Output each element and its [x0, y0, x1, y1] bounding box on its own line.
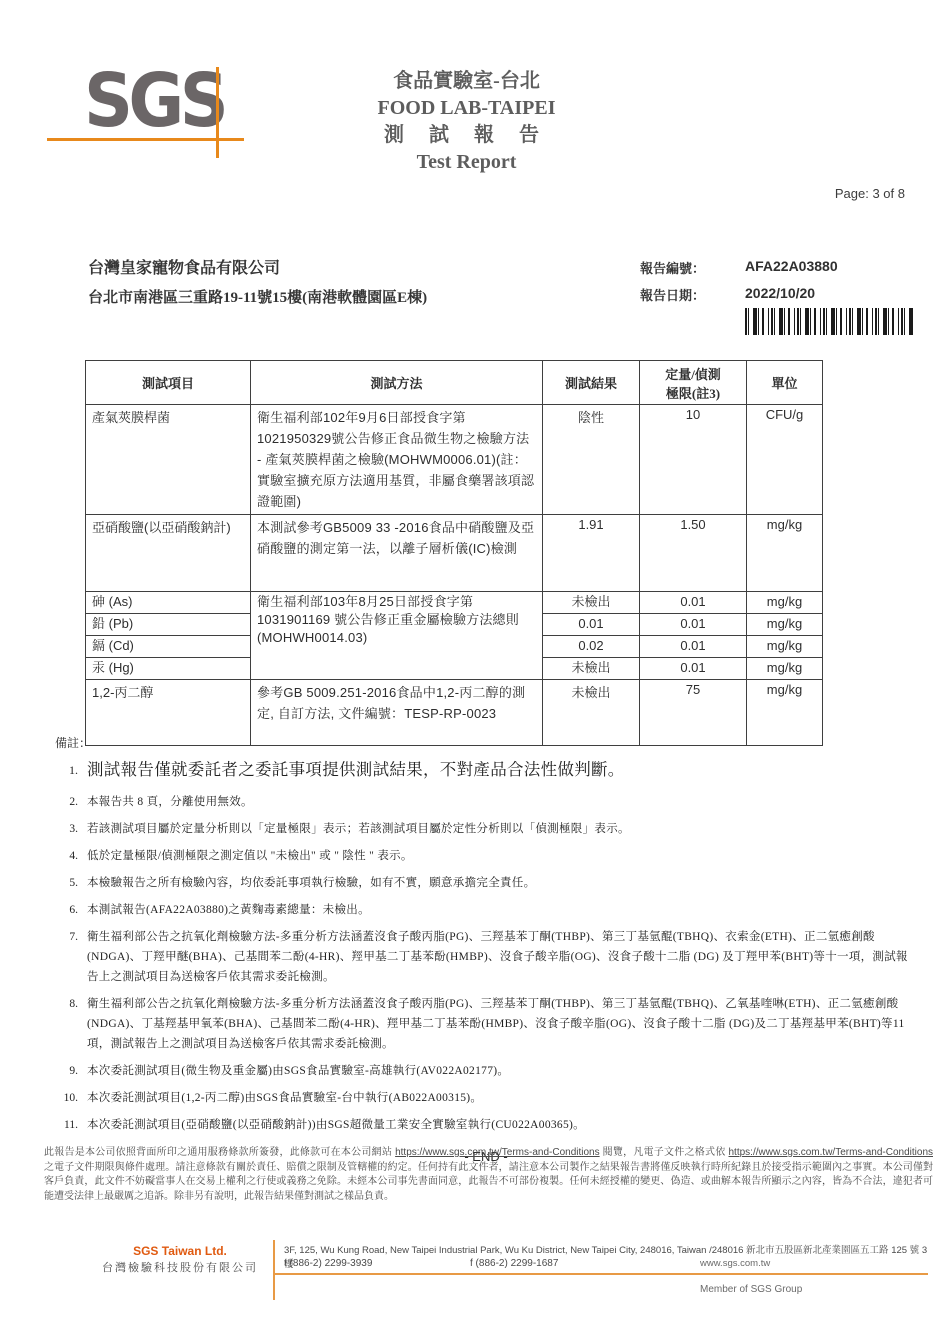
report-title-en: Test Report — [0, 149, 933, 176]
note-number: 7. — [55, 927, 87, 987]
test-result: 0.02 — [543, 636, 640, 658]
report-no-value: AFA22A03880 — [745, 258, 838, 274]
test-item: 鉛 (Pb) — [86, 614, 251, 636]
test-item: 鎘 (Cd) — [86, 636, 251, 658]
table-row: 砷 (As) 衛生福利部103年8月25日部授食字第1031901169 號公告… — [86, 592, 823, 614]
report-title-zh: 測 試 報 告 — [0, 122, 933, 149]
col-header-limit-line1: 定量/偵測 — [646, 364, 740, 383]
note-text: 本次委託測試項目(1,2-丙二醇)由SGS食品實驗室-台中執行(AB022A00… — [87, 1088, 917, 1108]
note-number: 5. — [55, 873, 87, 893]
note-number: 10. — [55, 1088, 87, 1108]
test-unit: mg/kg — [747, 515, 823, 592]
note-number: 8. — [55, 994, 87, 1054]
test-method: 本測試參考GB5009 33 -2016食品中硝酸鹽及亞硝酸鹽的測定第一法，以離… — [251, 515, 543, 592]
note-number: 9. — [55, 1061, 87, 1081]
note-item: 5. 本檢驗報告之所有檢驗內容，均依委託事項執行檢驗，如有不實，願意承擔完全責任… — [55, 873, 917, 893]
col-header-method: 測試方法 — [251, 361, 543, 405]
note-text: 本測試報告(AFA22A03880)之黃麴毒素總量：未檢出。 — [87, 900, 917, 920]
note-item: 11. 本次委託測試項目(亞硝酸鹽(以亞硝酸鈉計))由SGS超微量工業安全實驗室… — [55, 1115, 917, 1135]
footer-telephone: t (886-2) 2299-3939 — [284, 1258, 372, 1269]
test-item: 汞 (Hg) — [86, 658, 251, 680]
report-date-value: 2022/10/20 — [745, 285, 815, 301]
note-item: 8. 衛生福利部公告之抗氧化劑檢驗方法-多重分析方法涵蓋沒食子酸丙脂(PG)、三… — [55, 994, 917, 1054]
note-item: 4. 低於定量極限/偵測極限之測定值以 "未檢出" 或 " 陰性 " 表示。 — [55, 846, 917, 866]
results-table: 測試項目 測試方法 測試結果 定量/偵測 極限(註3) 單位 產氣莢膜桿菌 衛生… — [85, 360, 823, 746]
report-no-label: 報告編號： — [640, 258, 705, 277]
test-limit: 0.01 — [640, 592, 747, 614]
footer-member-text: Member of SGS Group — [700, 1284, 802, 1295]
terms-link[interactable]: https://www.sgs.com.tw/Terms-and-Conditi… — [729, 1147, 933, 1158]
test-item: 砷 (As) — [86, 592, 251, 614]
footer-website-link[interactable]: www.sgs.com.tw — [700, 1258, 770, 1269]
lab-name-en: FOOD LAB-TAIPEI — [0, 95, 933, 122]
page-number: Page: 3 of 8 — [835, 186, 905, 201]
test-method: 衛生福利部102年9月6日部授食字第1021950329號公告修正食品微生物之檢… — [251, 405, 543, 515]
test-unit: mg/kg — [747, 592, 823, 614]
test-result: 未檢出 — [543, 592, 640, 614]
note-text: 本次委託測試項目(微生物及重金屬)由SGS食品實驗室-高雄執行(AV022A02… — [87, 1061, 917, 1081]
test-unit: CFU/g — [747, 405, 823, 515]
footer-horizontal-line — [275, 1273, 928, 1275]
note-text: 衛生福利部公告之抗氧化劑檢驗方法-多重分析方法涵蓋沒食子酸丙脂(PG)、三羥基苯… — [87, 994, 917, 1054]
notes-label: 備註： — [55, 734, 917, 751]
test-limit: 0.01 — [640, 636, 747, 658]
note-number: 4. — [55, 846, 87, 866]
note-text: 若該測試項目屬於定量分析則以「定量極限」表示；若該測試項目屬於定性分析則以「偵測… — [87, 819, 917, 839]
note-text: 本檢驗報告之所有檢驗內容，均依委託事項執行檢驗，如有不實，願意承擔完全責任。 — [87, 873, 917, 893]
col-header-unit: 單位 — [747, 361, 823, 405]
footer-fax: f (886-2) 2299-1687 — [470, 1258, 558, 1269]
note-item: 1. 測試報告僅就委託者之委託事項提供測試結果，不對產品合法性做判斷。 — [55, 757, 917, 783]
header-title-block: 食品實驗室-台北 FOOD LAB-TAIPEI 測 試 報 告 Test Re… — [0, 68, 933, 176]
note-text: 低於定量極限/偵測極限之測定值以 "未檢出" 或 " 陰性 " 表示。 — [87, 846, 917, 866]
test-unit: mg/kg — [747, 658, 823, 680]
note-item: 9. 本次委託測試項目(微生物及重金屬)由SGS食品實驗室-高雄執行(AV022… — [55, 1061, 917, 1081]
table-row: 產氣莢膜桿菌 衛生福利部102年9月6日部授食字第1021950329號公告修正… — [86, 405, 823, 515]
terms-link[interactable]: https://www.sgs.com.tw/Terms-and-Conditi… — [395, 1147, 600, 1158]
test-result: 0.01 — [543, 614, 640, 636]
col-header-result: 測試結果 — [543, 361, 640, 405]
footer-company-zh: 台灣檢驗科技股份有限公司 — [96, 1259, 264, 1275]
test-unit: mg/kg — [747, 614, 823, 636]
notes-section: 備註： 1. 測試報告僅就委託者之委託事項提供測試結果，不對產品合法性做判斷。 … — [55, 734, 917, 1164]
test-limit: 10 — [640, 405, 747, 515]
client-address: 台北市南港區三重路19-11號15樓(南港軟體園區E棟) — [88, 284, 427, 312]
footer-vertical-line — [273, 1240, 275, 1300]
test-limit: 0.01 — [640, 614, 747, 636]
note-text: 本報告共 8 頁，分離使用無效。 — [87, 792, 917, 812]
note-text: 衛生福利部公告之抗氧化劑檢驗方法-多重分析方法涵蓋沒食子酸丙脂(PG)、三羥基苯… — [87, 927, 917, 987]
footer-company-en: SGS Taiwan Ltd. — [100, 1244, 260, 1258]
note-number: 1. — [55, 757, 87, 783]
footer-legal-text: 此報告是本公司依照背面所印之通用服務條款所簽發，此條款可在本公司網站 https… — [44, 1146, 933, 1204]
table-row: 亞硝酸鹽(以亞硝酸鈉計) 本測試參考GB5009 33 -2016食品中硝酸鹽及… — [86, 515, 823, 592]
col-header-limit-line2: 極限(註3) — [646, 383, 740, 402]
legal-text-part: 之電子文件期限與條件處理。請注意條款有關於責任、賠償之限制及管轄權的約定。任何持… — [44, 1162, 933, 1202]
report-barcode — [745, 308, 913, 335]
note-item: 10. 本次委託測試項目(1,2-丙二醇)由SGS食品實驗室-台中執行(AB02… — [55, 1088, 917, 1108]
legal-text-part: 閱覽，凡電子文件之格式依 — [600, 1147, 729, 1158]
test-result: 1.91 — [543, 515, 640, 592]
note-item: 7. 衛生福利部公告之抗氧化劑檢驗方法-多重分析方法涵蓋沒食子酸丙脂(PG)、三… — [55, 927, 917, 987]
note-number: 6. — [55, 900, 87, 920]
note-number: 2. — [55, 792, 87, 812]
note-number: 11. — [55, 1115, 87, 1135]
report-date-label: 報告日期： — [640, 285, 705, 304]
footer-address: 3F, 125, Wu Kung Road, New Taipei Indust… — [284, 1242, 929, 1270]
test-item: 亞硝酸鹽(以亞硝酸鈉計) — [86, 515, 251, 592]
note-text: 測試報告僅就委託者之委託事項提供測試結果，不對產品合法性做判斷。 — [87, 757, 917, 783]
test-result: 陰性 — [543, 405, 640, 515]
table-header-row: 測試項目 測試方法 測試結果 定量/偵測 極限(註3) 單位 — [86, 361, 823, 405]
test-limit: 1.50 — [640, 515, 747, 592]
col-header-item: 測試項目 — [86, 361, 251, 405]
test-limit: 0.01 — [640, 658, 747, 680]
test-unit: mg/kg — [747, 636, 823, 658]
test-result: 未檢出 — [543, 658, 640, 680]
legal-text-part: 此報告是本公司依照背面所印之通用服務條款所簽發，此條款可在本公司網站 — [44, 1147, 395, 1158]
test-item: 產氣莢膜桿菌 — [86, 405, 251, 515]
note-item: 2. 本報告共 8 頁，分離使用無效。 — [55, 792, 917, 812]
test-report-page: SGS 食品實驗室-台北 FOOD LAB-TAIPEI 測 試 報 告 Tes… — [0, 0, 933, 1320]
test-method: 衛生福利部103年8月25日部授食字第1031901169 號公告修正重金屬檢驗… — [251, 592, 543, 680]
note-number: 3. — [55, 819, 87, 839]
lab-name-zh: 食品實驗室-台北 — [0, 68, 933, 95]
note-item: 6. 本測試報告(AFA22A03880)之黃麴毒素總量：未檢出。 — [55, 900, 917, 920]
note-text: 本次委託測試項目(亞硝酸鹽(以亞硝酸鈉計))由SGS超微量工業安全實驗室執行(C… — [87, 1115, 917, 1135]
client-name: 台灣皇家寵物食品有限公司 — [88, 254, 427, 284]
note-item: 3. 若該測試項目屬於定量分析則以「定量極限」表示；若該測試項目屬於定性分析則以… — [55, 819, 917, 839]
client-block: 台灣皇家寵物食品有限公司 台北市南港區三重路19-11號15樓(南港軟體園區E棟… — [88, 254, 427, 312]
col-header-limit: 定量/偵測 極限(註3) — [640, 361, 747, 405]
